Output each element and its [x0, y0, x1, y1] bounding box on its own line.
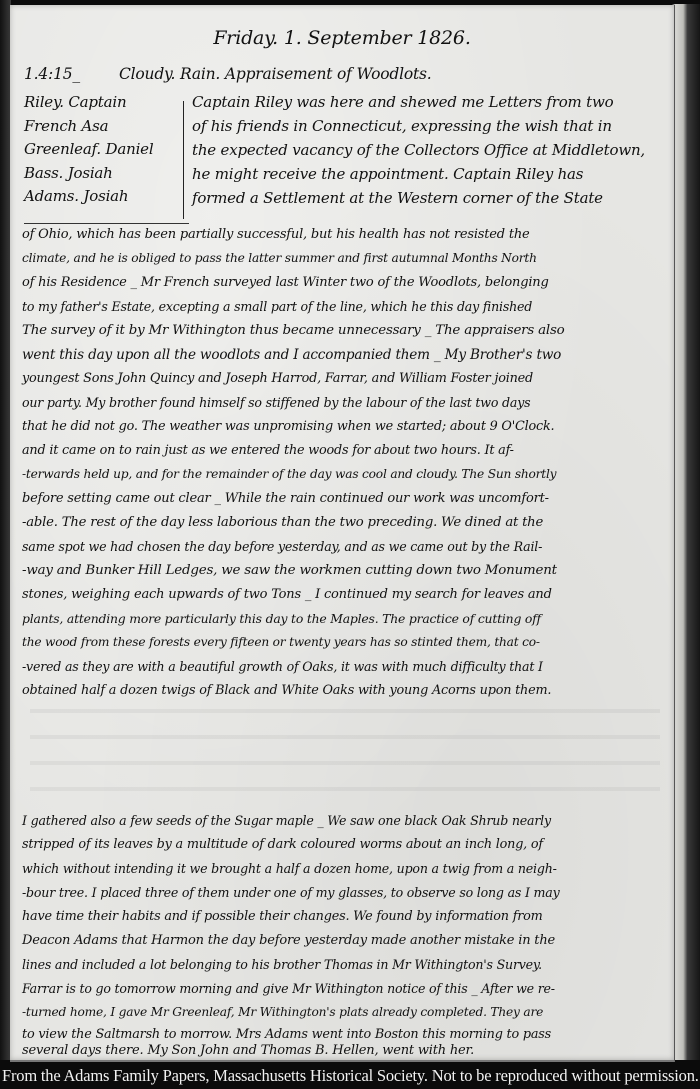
- text-line: stripped of its leaves by a multitude of…: [22, 837, 543, 852]
- manuscript-scan: Friday. 1. September 1826. 1.4:15_Cloudy…: [0, 0, 700, 1089]
- text-line: -terwards held up, and for the remainder…: [22, 467, 556, 481]
- text-line: of Ohio, which has been partially succes…: [22, 227, 530, 242]
- margin-name: Bass. Josiah: [24, 162, 189, 186]
- text-line: Captain Riley was here and shewed me Let…: [192, 93, 613, 111]
- diary-page: Friday. 1. September 1826. 1.4:15_Cloudy…: [10, 5, 675, 1062]
- text-line: the expected vacancy of the Collectors O…: [192, 141, 645, 159]
- copyright-credit: From the Adams Family Papers, Massachuse…: [2, 1066, 699, 1086]
- text-line: and it came on to rain just as we entere…: [22, 443, 514, 458]
- text-line: same spot we had chosen the day before y…: [22, 539, 542, 554]
- date-heading: Friday. 1. September 1826.: [10, 27, 674, 49]
- margin-name: Adams. Josiah: [24, 185, 189, 209]
- text-line: to my father's Estate, excepting a small…: [22, 299, 532, 314]
- margin-name: Greenleaf. Daniel: [24, 138, 189, 162]
- margin-bracket: [183, 101, 192, 219]
- text-line: our party. My brother found himself so s…: [22, 395, 530, 410]
- margin-names-list: Riley. Captain French Asa Greenleaf. Dan…: [24, 91, 189, 209]
- text-line: before setting came out clear _ While th…: [22, 491, 549, 506]
- text-line: The survey of it by Mr Withington thus b…: [22, 323, 565, 338]
- text-line: the wood from these forests every fiftee…: [22, 635, 540, 649]
- text-line: have time their habits and if possible t…: [22, 909, 543, 924]
- page-edge: [672, 4, 700, 1060]
- ink-bleed-through: [30, 693, 660, 803]
- text-line: which without intending it we brought a …: [22, 861, 557, 876]
- text-line: stones, weighing each upwards of two Ton…: [22, 587, 552, 602]
- time-notation: 1.4:15_: [24, 65, 119, 83]
- text-line: went this day upon all the woodlots and …: [22, 347, 561, 363]
- text-line: I gathered also a few seeds of the Sugar…: [22, 813, 551, 828]
- margin-name: French Asa: [24, 115, 189, 139]
- margin-name: Riley. Captain: [24, 91, 189, 115]
- weather-line: 1.4:15_Cloudy. Rain. Appraisement of Woo…: [24, 65, 432, 83]
- margin-rule: [24, 223, 189, 224]
- text-line: -turned home, I gave Mr Greenleaf, Mr Wi…: [22, 1005, 543, 1019]
- weather-summary: Cloudy. Rain. Appraisement of Woodlots.: [119, 65, 432, 83]
- text-line: to view the Saltmarsh to morrow. Mrs Ada…: [22, 1027, 551, 1042]
- text-line: -way and Bunker Hill Ledges, we saw the …: [22, 563, 557, 578]
- text-line: plants, attending more particularly this…: [22, 611, 541, 626]
- text-line: -able. The rest of the day less laboriou…: [22, 515, 543, 530]
- text-line: youngest Sons John Quincy and Joseph Har…: [22, 371, 533, 386]
- text-line: Farrar is to go tomorrow morning and giv…: [22, 981, 555, 996]
- text-line: climate, and he is obliged to pass the l…: [22, 251, 537, 265]
- text-line: formed a Settlement at the Western corne…: [192, 189, 603, 207]
- text-line: of his friends in Connecticut, expressin…: [192, 117, 612, 135]
- text-line: -bour tree. I placed three of them under…: [22, 885, 560, 900]
- text-line: -vered as they are with a beautiful grow…: [22, 659, 543, 674]
- text-line: Deacon Adams that Harmon the day before …: [22, 933, 555, 948]
- text-line: that he did not go. The weather was unpr…: [22, 419, 554, 434]
- text-line: of his Residence _ Mr French surveyed la…: [22, 275, 549, 290]
- text-line: he might receive the appointment. Captai…: [192, 165, 583, 183]
- text-line: lines and included a lot belonging to hi…: [22, 957, 542, 972]
- text-line: several days there. My Son John and Thom…: [22, 1043, 474, 1058]
